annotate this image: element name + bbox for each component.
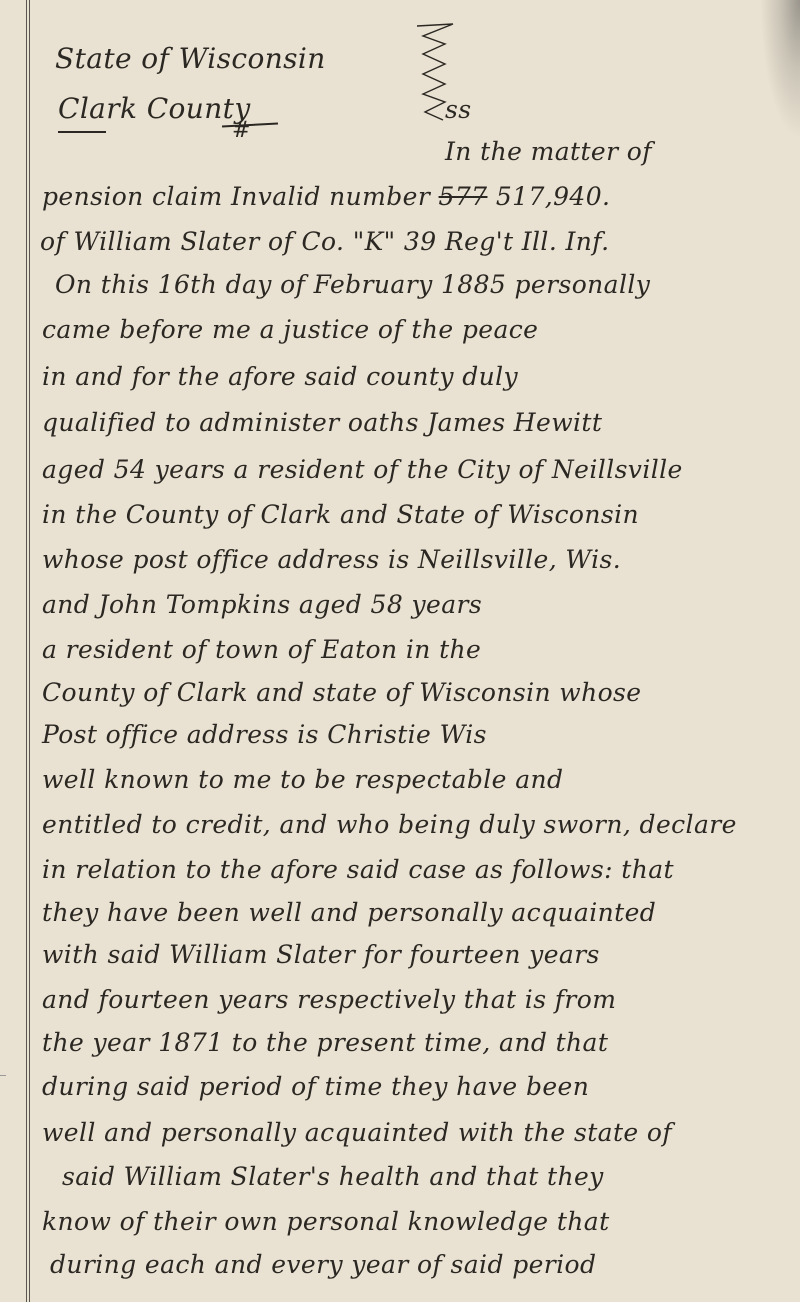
text-line: entitled to credit, and who being duly s… bbox=[42, 810, 737, 839]
text-line: In the matter of bbox=[445, 137, 652, 166]
text-line: aged 54 years a resident of the City of … bbox=[42, 455, 683, 484]
text-line: and fourteen years respectively that is … bbox=[42, 985, 616, 1014]
text-line: came before me a justice of the peace bbox=[42, 315, 538, 344]
page-corner-shadow bbox=[760, 0, 800, 140]
text-line: in relation to the afore said case as fo… bbox=[42, 855, 674, 884]
text-line: and John Tompkins aged 58 years bbox=[42, 590, 482, 619]
hash-mark: # bbox=[232, 118, 251, 143]
margin-rule bbox=[26, 0, 27, 1302]
struck-claim-number: 577 bbox=[439, 182, 488, 211]
document-page: State of Wisconsin Clark County # ss In … bbox=[0, 0, 800, 1302]
county-underline bbox=[58, 131, 106, 133]
text-line: during said period of time they have bee… bbox=[42, 1072, 589, 1101]
text-line: of William Slater of Co. "K" 39 Reg't Il… bbox=[40, 227, 609, 256]
text-line: qualified to administer oaths James Hewi… bbox=[42, 408, 602, 437]
text-line: in and for the afore said county duly bbox=[42, 362, 518, 391]
text-line: know of their own personal knowledge tha… bbox=[42, 1207, 610, 1236]
header-county: Clark County bbox=[58, 92, 251, 125]
text-line: they have been well and personally acqua… bbox=[42, 898, 656, 927]
text-line: the year 1871 to the present time, and t… bbox=[42, 1028, 608, 1057]
text-line: with said William Slater for fourteen ye… bbox=[42, 940, 600, 969]
text-line: during each and every year of said perio… bbox=[50, 1250, 596, 1279]
text-line: well known to me to be respectable and bbox=[42, 765, 563, 794]
text-line: pension claim Invalid number 577 517,940… bbox=[42, 182, 610, 211]
claim-number: 517,940. bbox=[496, 182, 611, 211]
text-line: in the County of Clark and State of Wisc… bbox=[42, 500, 639, 529]
claim-text: pension claim Invalid number bbox=[42, 182, 430, 211]
margin-mark bbox=[0, 1075, 6, 1076]
header-state: State of Wisconsin bbox=[55, 42, 326, 75]
text-line: whose post office address is Neillsville… bbox=[42, 545, 621, 574]
text-line: a resident of town of Eaton in the bbox=[42, 635, 481, 664]
margin-rule bbox=[29, 0, 30, 1302]
text-line: well and personally acquainted with the … bbox=[42, 1118, 672, 1147]
text-line: On this 16th day of February 1885 person… bbox=[55, 270, 650, 299]
ss-mark: ss bbox=[445, 95, 471, 124]
text-line: County of Clark and state of Wisconsin w… bbox=[42, 678, 642, 707]
text-line: Post office address is Christie Wis bbox=[42, 720, 487, 749]
text-line: said William Slater's health and that th… bbox=[62, 1162, 604, 1191]
